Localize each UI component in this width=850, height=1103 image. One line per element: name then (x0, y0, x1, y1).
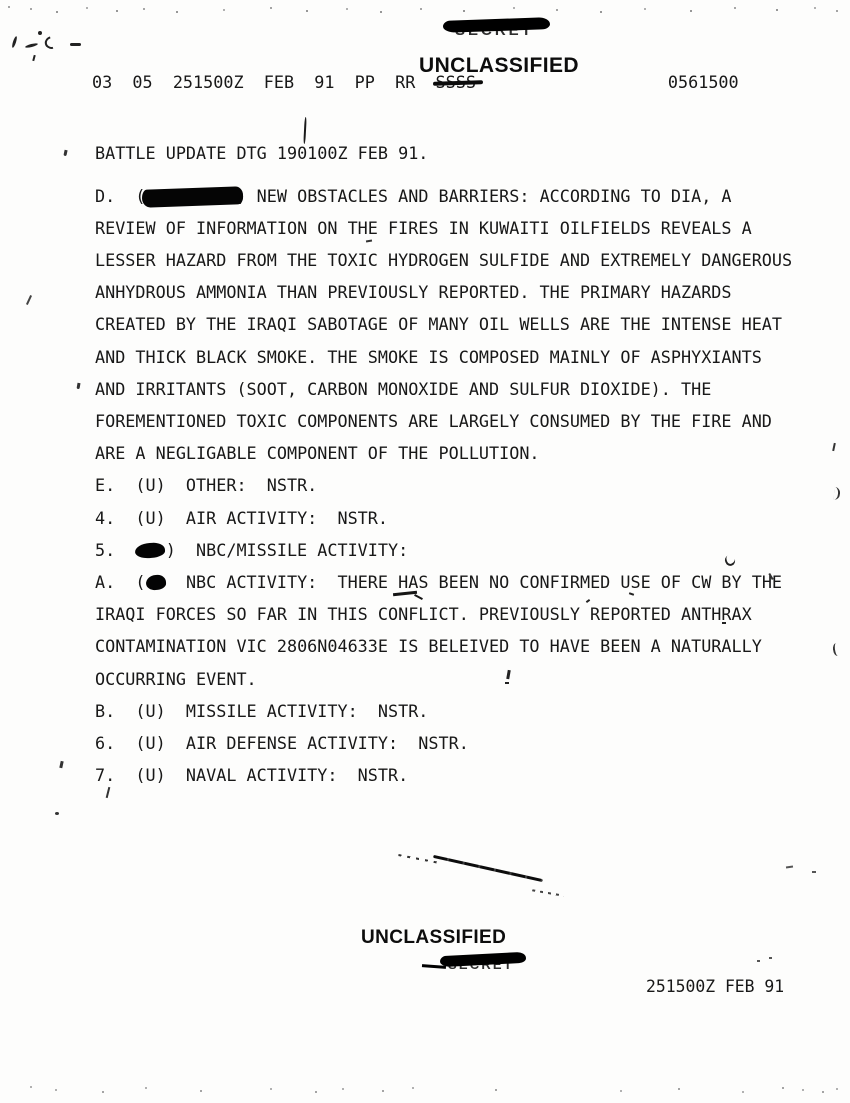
text-line: AND THICK BLACK SMOKE. THE SMOKE IS COMP… (95, 341, 792, 373)
pen-mark (77, 383, 81, 389)
typed-text: ARE A NEGLIGABLE COMPONENT OF THE POLLUT… (95, 443, 540, 463)
secret-stamp-struck-bottom: SECRET (448, 957, 514, 972)
scan-noise (30, 1086, 32, 1088)
text-line: CONTAMINATION VIC 2806N04633E IS BELEIVE… (95, 630, 792, 662)
text-line: 4. (U) AIR ACTIVITY: NSTR. (95, 502, 792, 534)
redaction-blob (135, 542, 166, 559)
text-line: ARE A NEGLIGABLE COMPONENT OF THE POLLUT… (95, 437, 792, 469)
typed-text: CONTAMINATION VIC 2806N04633E IS BELEIVE… (95, 636, 762, 656)
text-line: 5. ) NBC/MISSILE ACTIVITY: (95, 534, 792, 566)
text-line: AND IRRITANTS (SOOT, CARBON MONOXIDE AND… (95, 373, 792, 405)
typed-text: A. ( (95, 572, 146, 592)
typed-text: ) NBC/MISSILE ACTIVITY: (166, 540, 408, 560)
pen-mark (757, 960, 760, 962)
pen-mark (812, 871, 816, 873)
typed-text: E. (U) OTHER: NSTR. (95, 475, 317, 495)
pen-mark (26, 295, 32, 305)
pen-mark (55, 812, 59, 815)
redaction-scribble: S/REL MCF (146, 180, 237, 212)
message-body: BATTLE UPDATE DTG 190100Z FEB 91.D. (S/R… (95, 137, 792, 791)
text-line: E. (U) OTHER: NSTR. (95, 469, 792, 501)
redaction-blob (145, 574, 166, 590)
typed-text: LESSER HAZARD FROM THE TOXIC HYDROGEN SU… (95, 250, 792, 270)
pen-mark (38, 31, 42, 35)
unclassified-stamp-bottom: UNCLASSIFIED (361, 927, 506, 949)
text-line: LESSER HAZARD FROM THE TOXIC HYDROGEN SU… (95, 244, 792, 276)
text-line: REVIEW OF INFORMATION ON THE FIRES IN KU… (95, 212, 792, 244)
typed-text: FOREMENTIONED TOXIC COMPONENTS ARE LARGE… (95, 411, 772, 431)
text-line: CREATED BY THE IRAQI SABOTAGE OF MANY OI… (95, 308, 792, 340)
pen-mark (32, 55, 35, 61)
redaction-marker-bar (443, 17, 550, 33)
pen-mark (832, 643, 842, 657)
footer-dtg: 251500Z FEB 91 (646, 977, 784, 996)
pen-mark (505, 682, 509, 684)
typed-text: IRAQI FORCES SO FAR IN THIS CONFLICT. PR… (95, 604, 752, 624)
pen-mark (70, 43, 81, 46)
struck-text: SSSS (436, 72, 476, 92)
scanned-document-page: SECRET UNCLASSIFIED 03 05 251500Z FEB 91… (0, 0, 850, 1103)
text-line: BATTLE UPDATE DTG 190100Z FEB 91. (95, 137, 792, 169)
pen-mark (43, 34, 61, 52)
typed-text: CREATED BY THE IRAQI SABOTAGE OF MANY OI… (95, 314, 782, 334)
typed-text: AND IRRITANTS (SOOT, CARBON MONOXIDE AND… (95, 379, 711, 399)
pen-mark (786, 866, 793, 869)
typed-text: 03 05 251500Z FEB 91 PP RR (92, 72, 436, 92)
text-line: A. ( NBC ACTIVITY: THERE HAS BEEN NO CON… (95, 566, 792, 598)
typed-text: ) NEW OBSTACLES AND BARRIERS: ACCORDING … (236, 186, 731, 206)
typed-text: 0561500 (668, 72, 739, 92)
typed-text: ANHYDROUS AMMONIA THAN PREVIOUSLY REPORT… (95, 282, 732, 302)
text-line: 7. (U) NAVAL ACTIVITY: NSTR. (95, 759, 792, 791)
pen-mark (769, 957, 772, 959)
pen-mark (63, 150, 67, 156)
typed-text: REVIEW OF INFORMATION ON THE FIRES IN KU… (95, 218, 752, 238)
text-line: OCCURRING EVENT. (95, 663, 792, 695)
pen-mark (834, 487, 841, 500)
pen-mark (722, 622, 726, 624)
pen-stroke (433, 855, 543, 882)
typed-text: NBC ACTIVITY: THERE HAS BEEN NO CONFIRME… (166, 572, 782, 592)
pen-mark (59, 761, 63, 768)
pen-mark (832, 443, 836, 451)
typed-text: AND THICK BLACK SMOKE. THE SMOKE IS COMP… (95, 347, 762, 367)
typed-text: 5. (95, 540, 135, 560)
pen-mark (25, 42, 38, 48)
pen-mark (11, 36, 18, 48)
secret-stamp-struck-top: SECRET (455, 22, 534, 39)
typed-text (476, 72, 668, 92)
scan-noise (8, 6, 10, 8)
typed-text: OCCURRING EVENT. (95, 669, 257, 689)
text-line: FOREMENTIONED TOXIC COMPONENTS ARE LARGE… (95, 405, 792, 437)
typed-text: 4. (U) AIR ACTIVITY: NSTR. (95, 508, 388, 528)
text-line: ANHYDROUS AMMONIA THAN PREVIOUSLY REPORT… (95, 276, 792, 308)
text-line: IRAQI FORCES SO FAR IN THIS CONFLICT. PR… (95, 598, 792, 630)
typed-text: B. (U) MISSILE ACTIVITY: NSTR. (95, 701, 428, 721)
typed-text: 7. (U) NAVAL ACTIVITY: NSTR. (95, 765, 408, 785)
text-line: 03 05 251500Z FEB 91 PP RR SSSS 0561500 (92, 72, 739, 92)
typed-text: BATTLE UPDATE DTG 190100Z FEB 91. (95, 143, 428, 163)
message-header-line: 03 05 251500Z FEB 91 PP RR SSSS 0561500 (92, 72, 739, 92)
text-line: 6. (U) AIR DEFENSE ACTIVITY: NSTR. (95, 727, 792, 759)
text-line: B. (U) MISSILE ACTIVITY: NSTR. (95, 695, 792, 727)
typed-text: 6. (U) AIR DEFENSE ACTIVITY: NSTR. (95, 733, 469, 753)
text-line: D. (S/REL MCF) NEW OBSTACLES AND BARRIER… (95, 180, 792, 212)
typed-text: D. ( (95, 186, 146, 206)
pen-stroke (532, 889, 564, 897)
